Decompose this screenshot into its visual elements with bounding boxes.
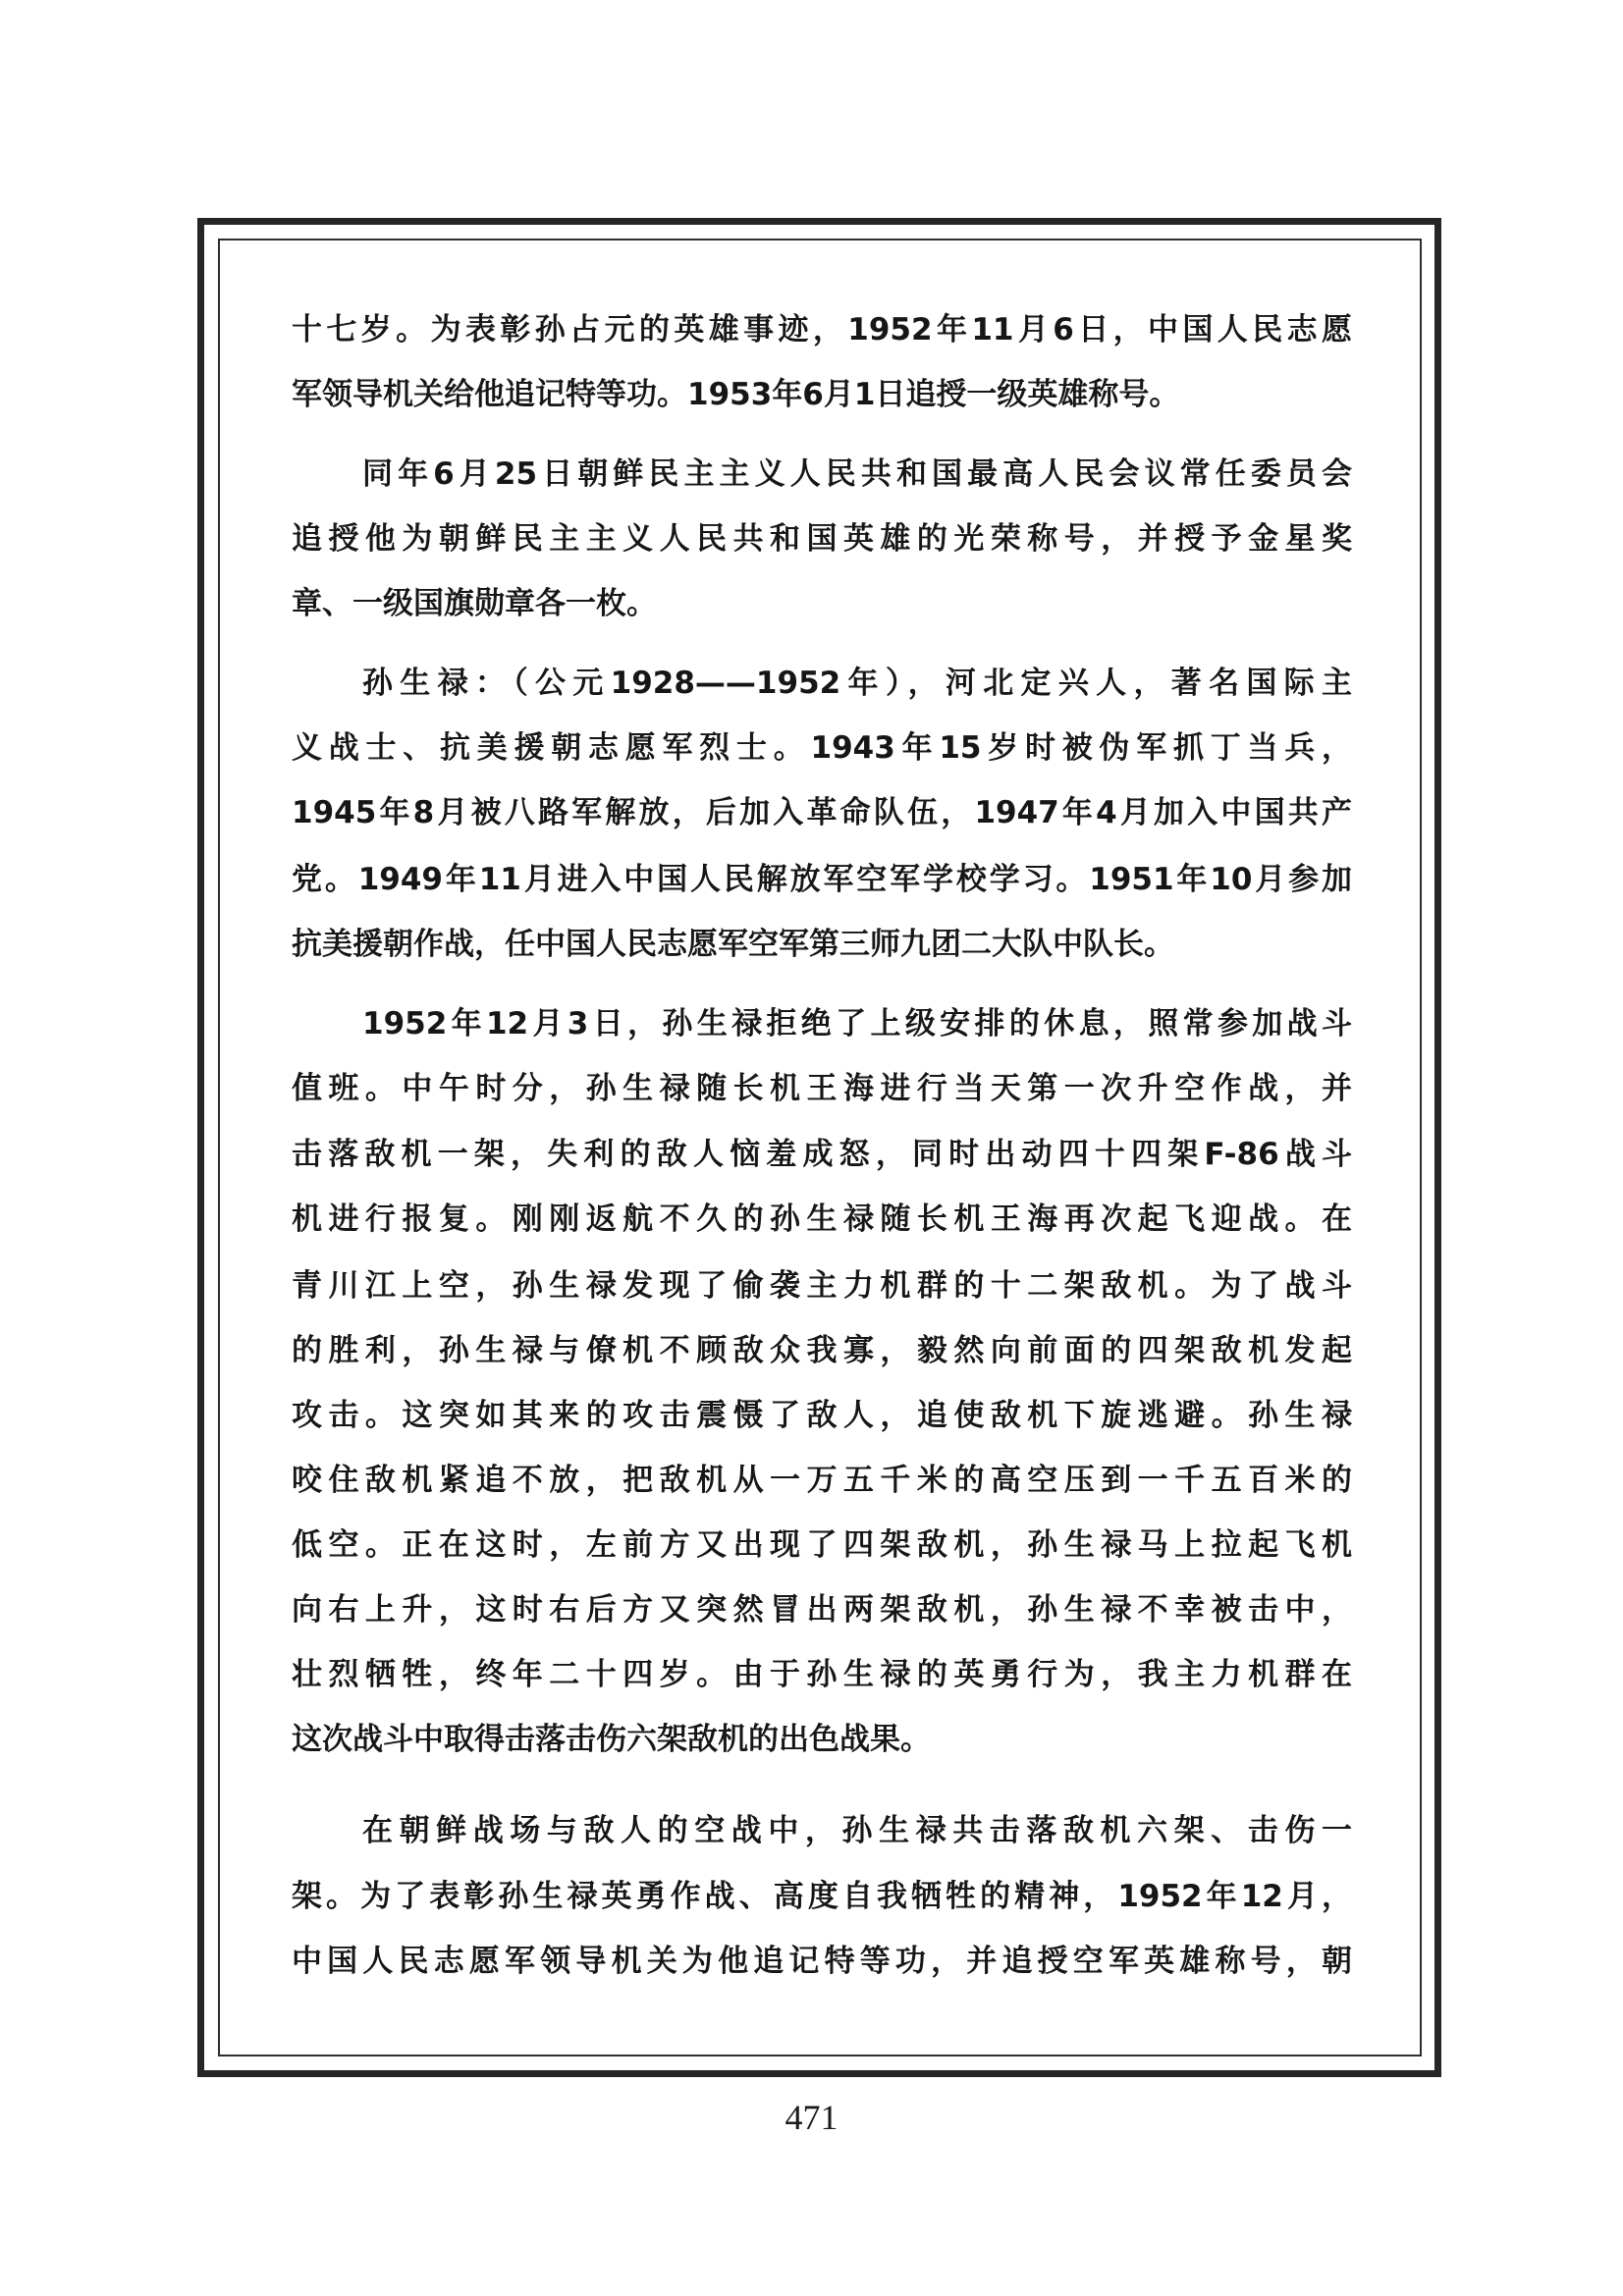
text-line: 值班。中午时分，孙生禄随长机王海进行当天第一次升空作战，并: [292, 1069, 1352, 1108]
text-line: 的胜利，孙生禄与僚机不顾敌众我寡，毅然向前面的四架敌机发起: [292, 1331, 1352, 1370]
text-line: 攻击。这突如其来的攻击震慑了敌人，追使敌机下旋逃避。孙生禄: [292, 1396, 1352, 1435]
text-line: 中国人民志愿军领导机关为他追记特等功，并追授空军英雄称号，朝: [292, 1942, 1352, 1981]
text-line: 抗美援朝作战，任中国人民志愿军空军第三师九团二大队中队长。: [292, 925, 1352, 964]
text-line: 咬住敌机紧追不放，把敌机从一万五千米的高空压到一千五百米的: [292, 1461, 1352, 1500]
text-line: 壮烈牺牲，终年二十四岁。由于孙生禄的英勇行为，我主力机群在: [292, 1655, 1352, 1694]
text-line: 章、一级国旗勋章各一枚。: [292, 584, 1352, 623]
text-line: 低空。正在这时，左前方又出现了四架敌机，孙生禄马上拉起飞机: [292, 1525, 1352, 1565]
text-line: 孙生禄：（公元1928——1952年），河北定兴人，著名国际主: [362, 664, 1352, 703]
text-line: 架。为了表彰孙生禄英勇作战、高度自我牺牲的精神，1952年12月，: [292, 1877, 1352, 1916]
text-line: 党。1949年11月进入中国人民解放军空军学校学习。1951年10月参加: [292, 860, 1352, 899]
text-line: 向右上升，这时右后方又突然冒出两架敌机，孙生禄不幸被击中，: [292, 1590, 1352, 1629]
text-line: 击落敌机一架，失利的敌人恼羞成怒，同时出动四十四架F-86战斗: [292, 1135, 1352, 1174]
text-line: 这次战斗中取得击落击伤六架敌机的出色战果。: [292, 1720, 1352, 1759]
text-line: 在朝鲜战场与敌人的空战中，孙生禄共击落敌机六架、击伤一: [362, 1811, 1352, 1850]
text-line: 1945年8月被八路军解放，后加入革命队伍，1947年4月加入中国共产: [292, 793, 1352, 832]
page-number: 471: [0, 2097, 1623, 2138]
text-line: 青川江上空，孙生禄发现了偷袭主力机群的十二架敌机。为了战斗: [292, 1266, 1352, 1306]
text-line: 1952年12月3日，孙生禄拒绝了上级安排的休息，照常参加战斗: [362, 1004, 1352, 1043]
text-line: 十七岁。为表彰孙占元的英雄事迹，1952年11月6日，中国人民志愿: [292, 310, 1352, 349]
text-line: 机进行报复。刚刚返航不久的孙生禄随长机王海再次起飞迎战。在: [292, 1200, 1352, 1239]
text-line: 追授他为朝鲜民主主义人民共和国英雄的光荣称号，并授予金星奖: [292, 519, 1352, 559]
text-line: 义战士、抗美援朝志愿军烈士。1943年15岁时被伪军抓丁当兵，: [292, 728, 1352, 768]
text-line: 军领导机关给他追记特等功。1953年6月1日追授一级英雄称号。: [292, 375, 1352, 414]
text-line: 同年6月25日朝鲜民主主义人民共和国最高人民会议常任委员会: [362, 454, 1352, 494]
